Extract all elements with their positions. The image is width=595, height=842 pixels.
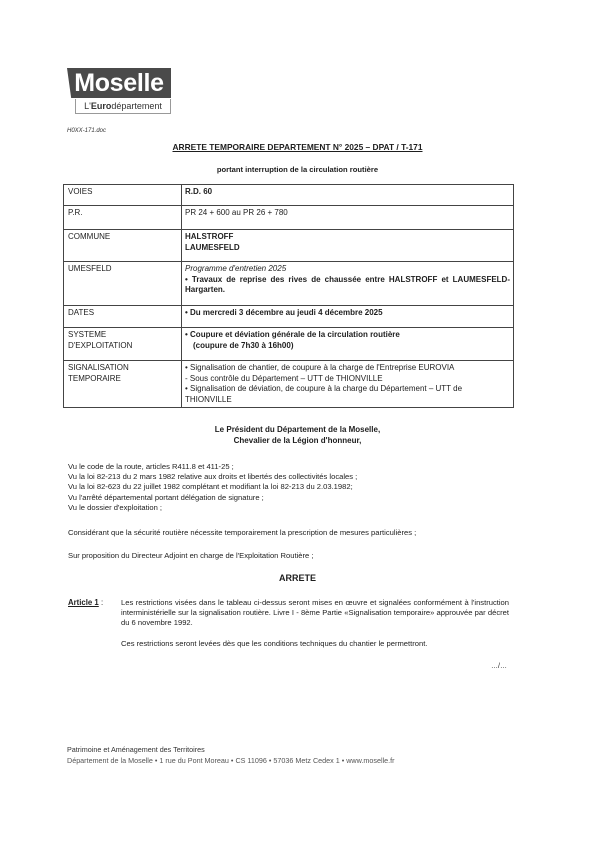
table-row-signalisation: SIGNALISATION TEMPORAIRE • Signalisation… xyxy=(64,361,514,408)
label-dates: DATES xyxy=(64,306,182,328)
moselle-logo: Moselle L'Eurodépartement xyxy=(67,68,171,118)
article-1-text-2: Ces restrictions seront levées dès que l… xyxy=(121,639,521,648)
value-commune: HALSTROFF LAUMESFELD xyxy=(182,230,514,262)
footer-department: Patrimoine et Aménagement des Territoire… xyxy=(67,745,205,754)
proposition-paragraph: Sur proposition du Directeur Adjoint en … xyxy=(68,551,313,560)
table-row-voies: VOIES R.D. 60 xyxy=(64,185,514,206)
value-signalisation: • Signalisation de chantier, de coupure … xyxy=(182,361,514,408)
label-systeme: SYSTEME D'EXPLOITATION xyxy=(64,328,182,361)
label-pr: P.R. xyxy=(64,206,182,230)
logo-wordmark: Moselle xyxy=(67,68,171,98)
arrete-heading: ARRETE xyxy=(0,573,595,583)
continuation-mark: …/… xyxy=(491,663,507,670)
info-table: VOIES R.D. 60 P.R. PR 24 + 600 au PR 26 … xyxy=(63,184,514,408)
visa-item: Vu le dossier d'exploitation ; xyxy=(68,503,357,513)
table-row-commune: COMMUNE HALSTROFF LAUMESFELD xyxy=(64,230,514,262)
label-motif: UMESFELD xyxy=(64,262,182,306)
article-1-text: Les restrictions visées dans le tableau … xyxy=(121,598,509,629)
value-voies: R.D. 60 xyxy=(182,185,514,206)
value-systeme: • Coupure et déviation générale de la ci… xyxy=(182,328,514,361)
visa-item: Vu l'arrêté départemental portant déléga… xyxy=(68,493,357,503)
document-reference: H0XX-171.doc xyxy=(67,128,106,134)
footer-address: Département de la Moselle • 1 rue du Pon… xyxy=(67,756,395,765)
president-honour: Chevalier de la Légion d'honneur, xyxy=(0,436,595,445)
document-subtitle: portant interruption de la circulation r… xyxy=(0,165,595,174)
value-pr: PR 24 + 600 au PR 26 + 780 xyxy=(182,206,514,230)
value-motif: Programme d'entretien 2025 • Travaux de … xyxy=(182,262,514,306)
article-1-label: Article 1 : xyxy=(68,598,103,607)
label-signalisation: SIGNALISATION TEMPORAIRE xyxy=(64,361,182,408)
visa-item: Vu la loi 82-213 du 2 mars 1982 relative… xyxy=(68,472,357,482)
visa-item: Vu la loi 82-623 du 22 juillet 1982 comp… xyxy=(68,482,357,492)
table-row-pr: P.R. PR 24 + 600 au PR 26 + 780 xyxy=(64,206,514,230)
value-dates: • Du mercredi 3 décembre au jeudi 4 déce… xyxy=(182,306,514,328)
table-row-dates: DATES • Du mercredi 3 décembre au jeudi … xyxy=(64,306,514,328)
document-title: ARRETE TEMPORAIRE DEPARTEMENT N° 2025 – … xyxy=(0,142,595,152)
visas-list: Vu le code de la route, articles R411.8 … xyxy=(68,462,357,513)
table-row-motif: UMESFELD Programme d'entretien 2025 • Tr… xyxy=(64,262,514,306)
considerant-paragraph: Considérant que la sécurité routière néc… xyxy=(68,528,416,537)
logo-tagline: L'Eurodépartement xyxy=(75,99,171,114)
visa-item: Vu le code de la route, articles R411.8 … xyxy=(68,462,357,472)
label-voies: VOIES xyxy=(64,185,182,206)
president-title: Le Président du Département de la Mosell… xyxy=(0,425,595,434)
table-row-systeme: SYSTEME D'EXPLOITATION • Coupure et dévi… xyxy=(64,328,514,361)
label-commune: COMMUNE xyxy=(64,230,182,262)
